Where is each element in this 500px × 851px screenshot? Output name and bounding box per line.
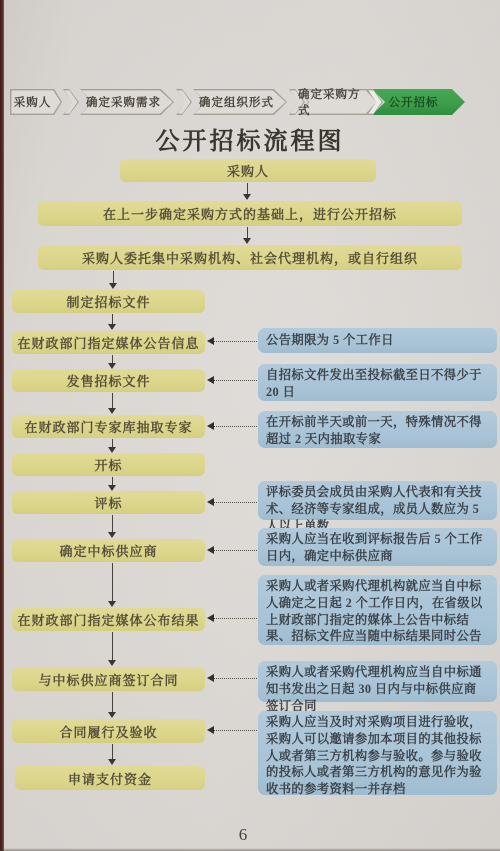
note-qianding-qixian: 采购人或者采购代理机构应当自中标通知书发出之日起 30 日内与中标供应商签订合同 — [258, 661, 497, 702]
breadcrumb: 采购人 确定采购需求 确定组织形式 确定采购方式 — [0, 89, 500, 115]
flow-node-queding-gongyingshang: 确定中标供应商 — [12, 539, 205, 562]
breadcrumb-step-active-gongkaizhaobiao: 公开招标 — [372, 89, 465, 115]
page-title: 公开招标流程图 — [0, 121, 500, 156]
flow-node-weituo: 采购人委托集中采购机构、社会代理机构，或自行组织 — [38, 245, 462, 270]
breadcrumb-step-label: 确定采购需求 — [80, 89, 174, 115]
flow-node-zhifu-zijin: 申请支付资金 — [15, 766, 205, 790]
page-number: 6 — [0, 825, 486, 845]
flow-node-kaibiao: 开标 — [12, 453, 205, 476]
breadcrumb-step-fangshi: 确定采购方式 — [298, 89, 378, 115]
breadcrumb-step-xuqiu: 确定采购需求 — [80, 89, 174, 115]
down-arrow-icon — [112, 314, 113, 325]
down-arrow-icon — [113, 271, 114, 284]
dotted-left-arrow-icon — [209, 730, 257, 731]
down-arrow-icon — [112, 515, 113, 533]
down-arrow-icon — [112, 692, 113, 713]
breadcrumb-step-label: 采购人 — [10, 89, 62, 115]
dotted-left-arrow-icon — [209, 380, 257, 381]
flow-node-chouqu-zhuanjia: 在财政部门专家库抽取专家 — [12, 415, 205, 438]
dotted-left-arrow-icon — [209, 618, 257, 619]
chevron-separator-icon — [367, 89, 383, 115]
flow-node-gonggao-xinxi: 在财政部门指定媒体公告信息 — [12, 331, 205, 354]
chevron-fill — [64, 90, 77, 113]
breadcrumb-step-zuzhi: 确定组织形式 — [193, 89, 287, 115]
note-pingbiao-weiyuanhui: 评标委员会成员由采购人代表和有关技术、经济等专家组成，成员人数应为 5 人以上单… — [258, 481, 497, 520]
flow-node-qianding-hetong: 与中标供应商签订合同 — [12, 667, 205, 691]
down-arrow-icon — [112, 355, 113, 364]
note-gonggao-jieguo: 采购人或者采购代理机构就应当自中标人确定之日起 2 个工作日内，在省级以上财政部… — [258, 575, 497, 645]
down-arrow-icon — [247, 227, 248, 239]
flow-node-fashou-wenjian: 发售招标文件 — [12, 369, 205, 392]
down-arrow-icon — [247, 183, 248, 195]
down-arrow-icon — [112, 439, 113, 448]
book-page-photo: 采购人 确定采购需求 确定组织形式 确定采购方式 — [0, 0, 500, 851]
breadcrumb-step-label: 确定组织形式 — [193, 89, 287, 115]
note-toubiao-jiezhi: 自招标文件发出至投标截至日不得少于 20 日 — [258, 364, 497, 401]
down-arrow-icon — [112, 393, 113, 409]
dotted-left-arrow-icon — [209, 426, 257, 427]
down-arrow-icon — [112, 563, 113, 602]
down-arrow-icon — [112, 632, 113, 661]
dotted-left-arrow-icon — [209, 502, 257, 503]
breadcrumb-step-caigouren: 采购人 — [10, 89, 62, 115]
chevron-separator-icon — [176, 89, 192, 115]
breadcrumb-step-label: 确定采购方式 — [298, 89, 378, 115]
note-yanshou-yaoqiu: 采购人应当及时对采购项目进行验收，采购人可以邀请参加本项目的其他投标人或者第三方… — [258, 711, 497, 795]
down-arrow-icon — [112, 477, 113, 486]
chevron-fill — [177, 90, 190, 113]
breadcrumb-step-label: 公开招标 — [372, 89, 465, 115]
note-gonggao-qixian: 公告期限为 5 个工作日 — [258, 328, 497, 353]
note-queding-qixian: 采购人应当在收到评标报告后 5 个工作日内，确定中标供应商 — [258, 528, 497, 566]
flow-node-zhiding-wenjian: 制定招标文件 — [12, 290, 205, 313]
note-chouqu-shijian: 在开标前半天或前一天，特殊情况不得超过 2 天内抽取专家 — [258, 411, 497, 448]
flow-node-luxing-yanshou: 合同履行及验收 — [12, 719, 205, 743]
dotted-left-arrow-icon — [209, 550, 257, 551]
flow-node-gongbu-jieguo: 在财政部门指定媒体公布结果 — [12, 608, 205, 631]
flow-node-pingbiao: 评标 — [12, 491, 205, 514]
chevron-fill — [368, 90, 381, 113]
flow-node-caigouren: 采购人 — [120, 159, 376, 182]
chevron-separator-icon — [63, 89, 79, 115]
dotted-left-arrow-icon — [209, 341, 257, 342]
flow-node-jichu: 在上一步确定采购方式的基础上，进行公开招标 — [38, 201, 462, 226]
down-arrow-icon — [112, 744, 113, 760]
dotted-left-arrow-icon — [209, 678, 257, 679]
